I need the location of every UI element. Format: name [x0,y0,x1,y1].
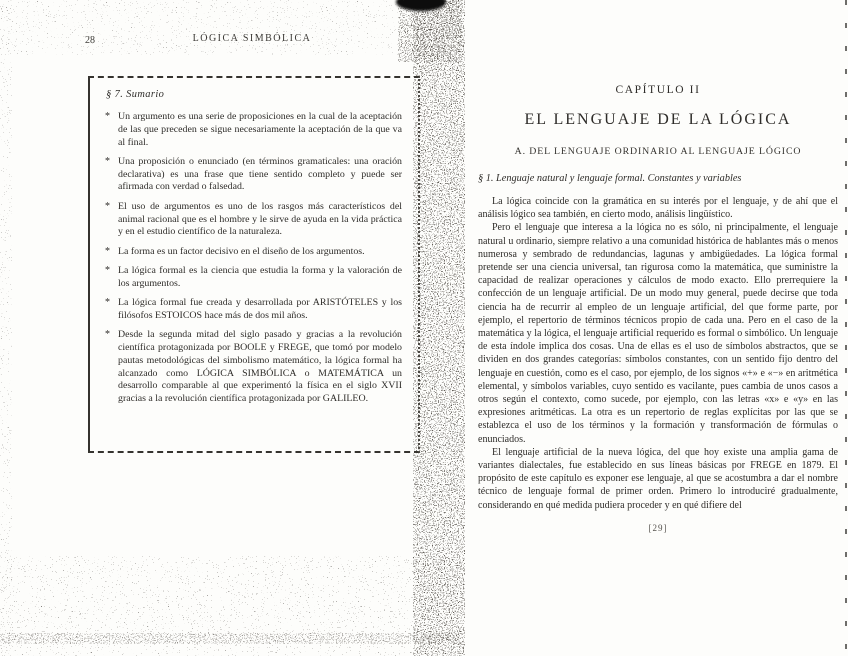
summary-bullet: * Una proposición o enunciado (en términ… [103,156,402,194]
bullet-asterisk-icon: * [105,329,110,342]
summary-heading: § 7. Sumario [106,89,402,100]
left-page-number: 28 [85,35,95,46]
summary-list: * Un argumento es una serie de proposici… [103,111,402,406]
body-paragraph: El lenguaje artificial de la nueva lógic… [478,446,838,512]
chapter-label: CAPÍTULO II [478,84,838,96]
subsection-heading: § 1. Lenguaje natural y lenguaje formal.… [478,173,838,184]
summary-bullet: * El uso de argumentos es uno de los ras… [103,201,402,239]
bullet-text: La lógica formal es la ciencia que estud… [118,265,402,289]
gutter-ink-blob [396,0,446,11]
summary-box: § 7. Sumario * Un argumento es una serie… [88,76,420,453]
bullet-text: La forma es un factor decisivo en el dis… [118,246,365,257]
section-heading: A. DEL LENGUAJE ORDINARIO AL LENGUAJE LÓ… [478,146,838,157]
bullet-asterisk-icon: * [105,111,110,124]
chapter-title: EL LENGUAJE DE LA LÓGICA [478,111,838,129]
bullet-text: Una proposición o enunciado (en términos… [118,156,402,193]
scanned-book-spread: 28 LÓGICA SIMBÓLICA § 7. Sumario * Un ar… [0,0,848,656]
summary-bullet: * La lógica formal fue creada y desarrol… [103,297,402,323]
bottomleft-noise [0,556,452,656]
bullet-asterisk-icon: * [105,246,110,259]
bullet-asterisk-icon: * [105,201,110,214]
summary-bullet: * Desde la segunda mitad del siglo pasad… [103,329,402,406]
right-page-number: [29] [478,523,838,533]
running-title: LÓGICA SIMBÓLICA [85,33,419,44]
body-paragraph: La lógica coincide con la gramática en s… [478,195,838,221]
summary-bullet: * La forma es un factor decisivo en el d… [103,246,402,259]
bullet-text: Desde la segunda mitad del siglo pasado … [118,329,402,404]
left-edge-noise [0,0,12,656]
left-running-header: 28 LÓGICA SIMBÓLICA [85,33,419,44]
bullet-asterisk-icon: * [105,265,110,278]
bullet-asterisk-icon: * [105,297,110,310]
gutter-noise-top [398,0,462,62]
summary-bullet: * La lógica formal es la ciencia que est… [103,265,402,291]
bottom-band-noise [0,633,460,644]
bullet-asterisk-icon: * [105,156,110,169]
bullet-text: Un argumento es una serie de proposicion… [118,111,402,148]
bullet-text: La lógica formal fue creada y desarrolla… [118,297,402,321]
gutter-noise-band [413,0,465,656]
topleft-noise [0,0,405,55]
summary-bullet: * Un argumento es una serie de proposici… [103,111,402,149]
right-page: CAPÍTULO II EL LENGUAJE DE LA LÓGICA A. … [478,84,838,533]
bullet-text: El uso de argumentos es uno de los rasgo… [118,201,402,238]
page-edge-line [845,0,847,656]
body-paragraph: Pero el lenguaje que interesa a la lógic… [478,221,838,445]
